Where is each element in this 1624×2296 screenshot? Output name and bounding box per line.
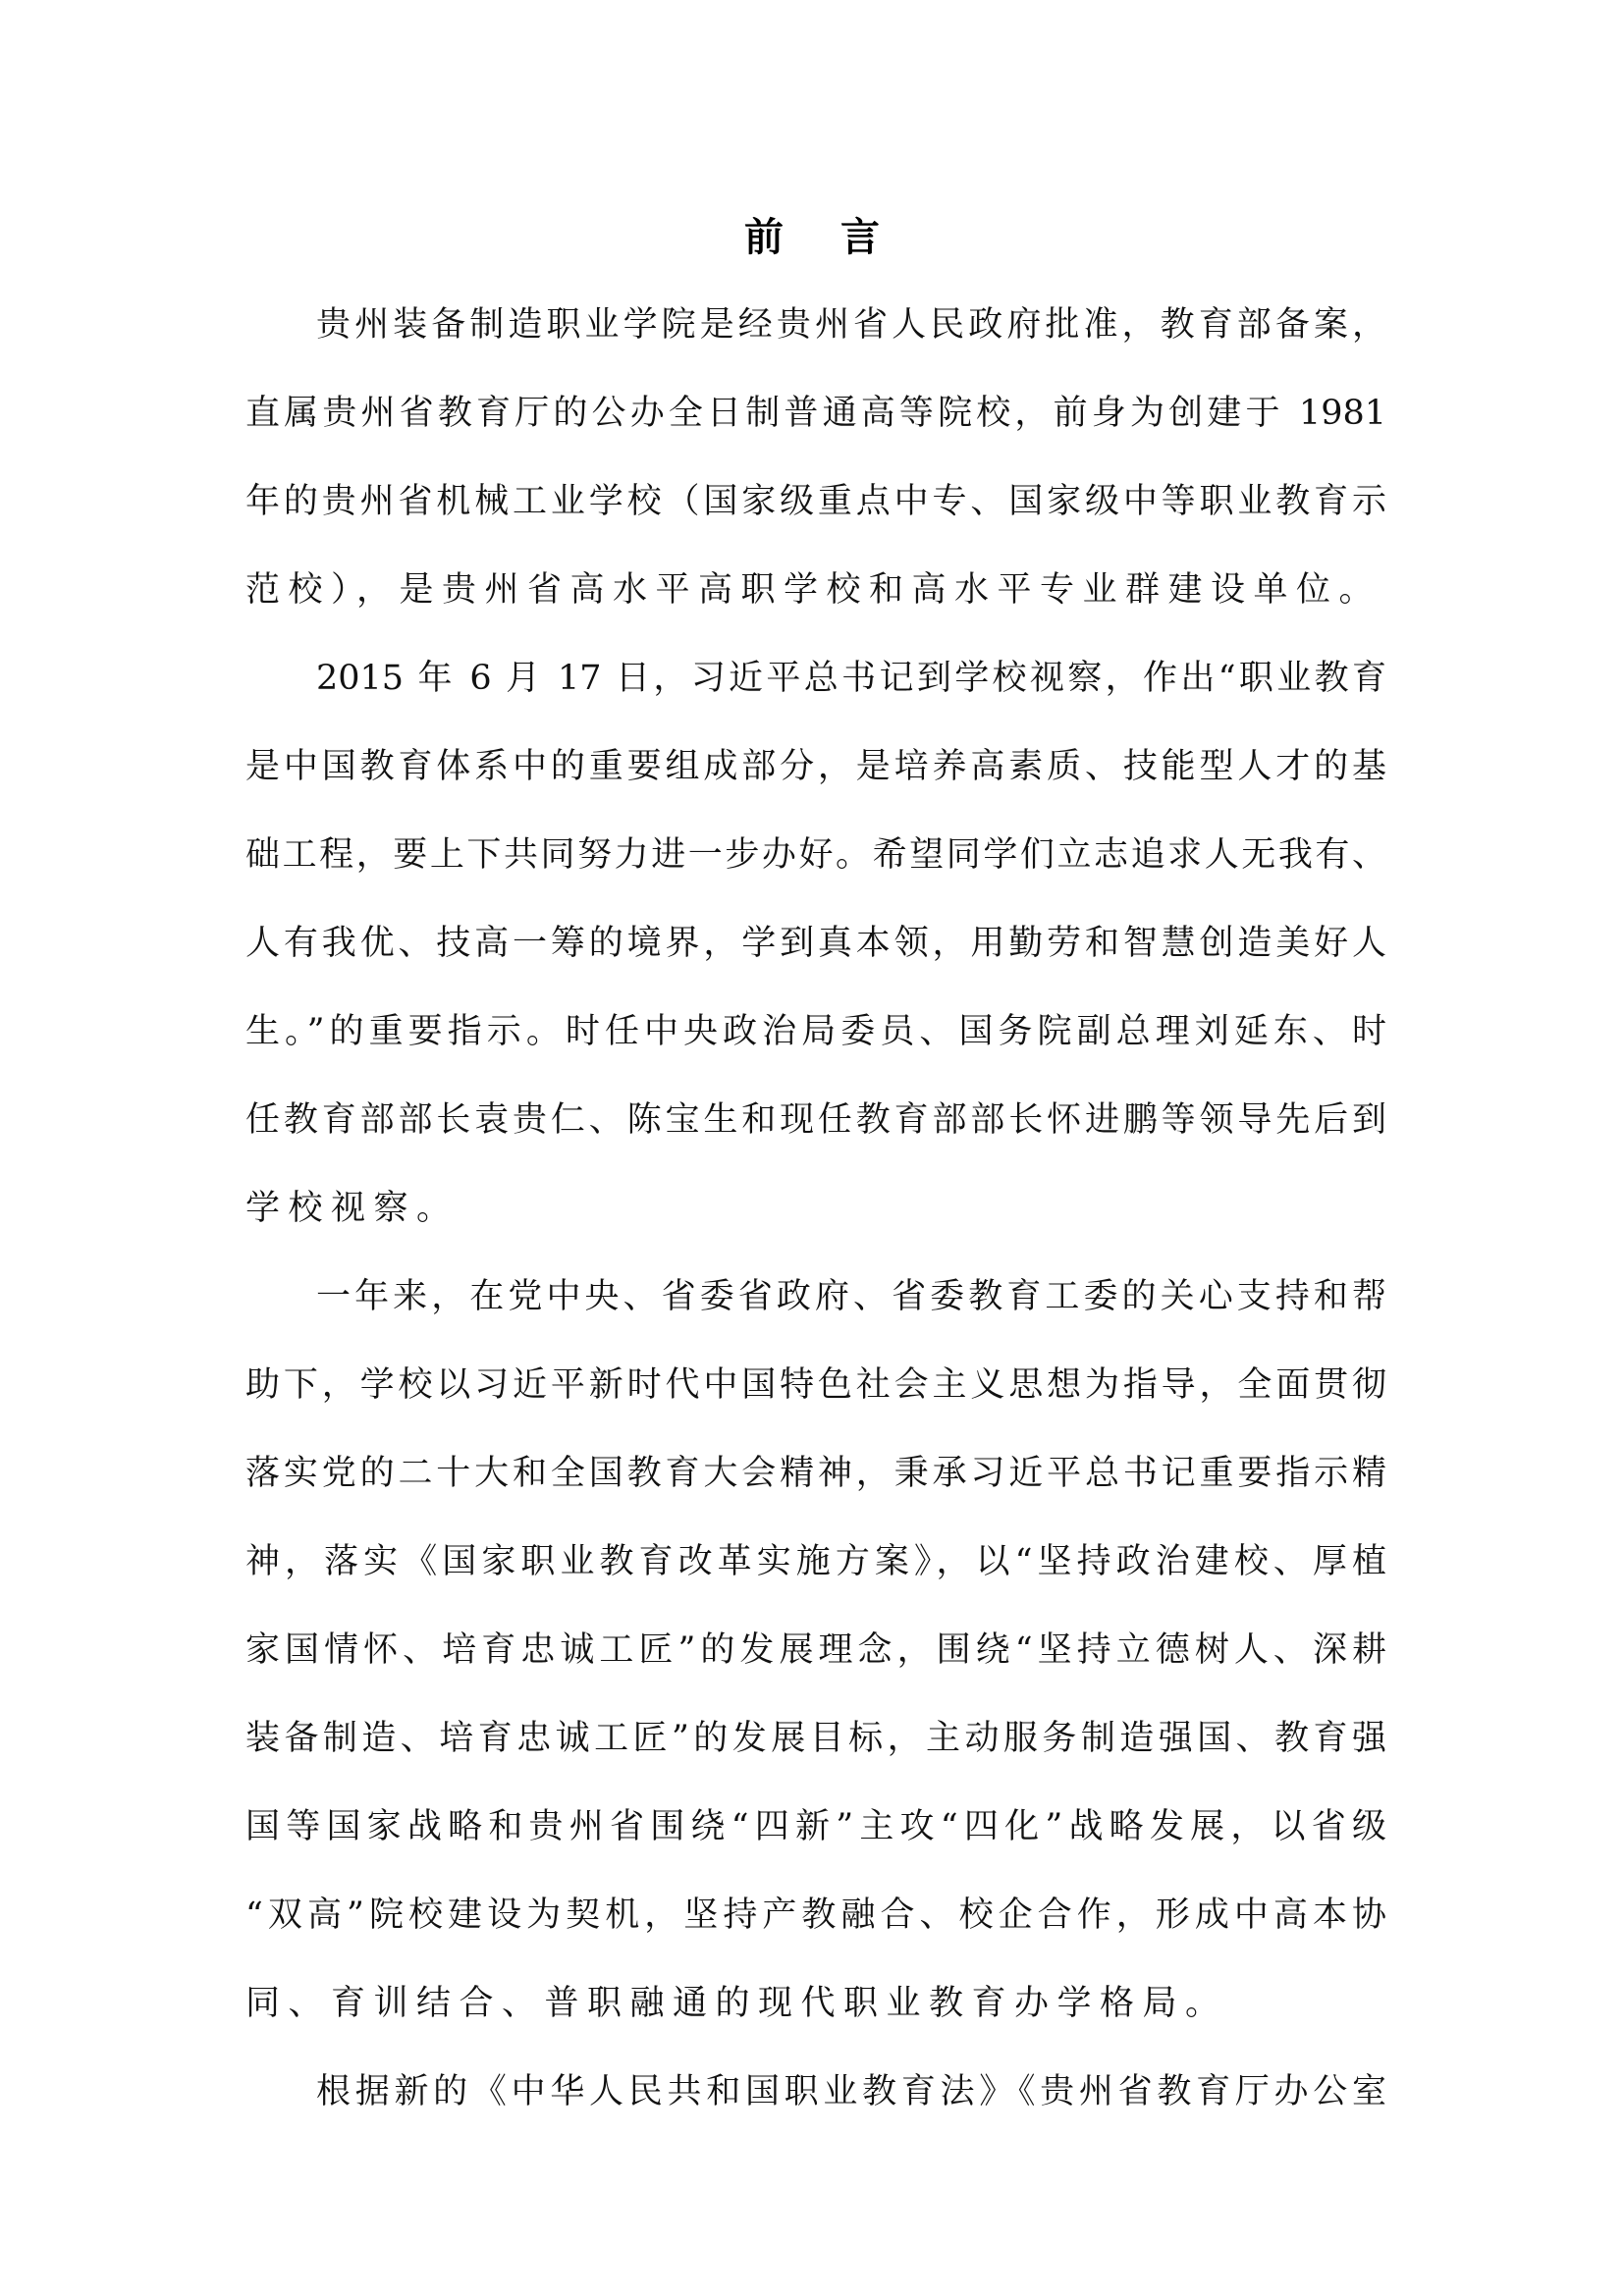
document-page: 前 言 贵州装备制造职业学院是经贵州省人民政府批准，教育部备案， 直属贵州省教育… (0, 0, 1624, 2296)
text-line: “双高”院校建设为契机，坚持产教融合、校企合作，形成中高本协 (245, 1881, 1386, 1969)
document-body: 贵州装备制造职业学院是经贵州省人民政府批准，教育部备案， 直属贵州省教育厅的公办… (245, 291, 1386, 2146)
text-line: 装备制造、培育忠诚工匠”的发展目标，主动服务制造强国、教育强 (245, 1704, 1386, 1792)
text-line: 础工程，要上下共同努力进一步办好。希望同学们立志追求人无我有、 (245, 821, 1386, 909)
text-line: 人有我优、技高一筹的境界，学到真本领，用勤劳和智慧创造美好人 (245, 909, 1386, 997)
text-line: 是中国教育体系中的重要组成部分，是培养高素质、技能型人才的基 (245, 732, 1386, 821)
paragraph-3: 一年来，在党中央、省委省政府、省委教育工委的关心支持和帮 助下，学校以习近平新时… (245, 1262, 1386, 2057)
text-line: 国等国家战略和贵州省围绕“四新”主攻“四化”战略发展，以省级 (245, 1792, 1386, 1881)
text-line: 任教育部部长袁贵仁、陈宝生和现任教育部部长怀进鹏等领导先后到 (245, 1086, 1386, 1174)
text-line: 生。”的重要指示。时任中央政治局委员、国务院副总理刘延东、时 (245, 997, 1386, 1086)
paragraph-4: 根据新的《中华人民共和国职业教育法》《贵州省教育厅办公室 (245, 2057, 1386, 2146)
text-line: 助下，学校以习近平新时代中国特色社会主义思想为指导，全面贯彻 (245, 1351, 1386, 1439)
page-title: 前 言 (0, 208, 1624, 267)
text-line: 根据新的《中华人民共和国职业教育法》《贵州省教育厅办公室 (245, 2057, 1386, 2146)
paragraph-1: 贵州装备制造职业学院是经贵州省人民政府批准，教育部备案， 直属贵州省教育厅的公办… (245, 291, 1386, 644)
text-line: 同、育训结合、普职融通的现代职业教育办学格局。 (245, 1969, 1386, 2057)
text-line: 神，落实《国家职业教育改革实施方案》，以“坚持政治建校、厚植 (245, 1527, 1386, 1616)
text-line: 年的贵州省机械工业学校（国家级重点中专、国家级中等职业教育示 (245, 467, 1386, 556)
text-line: 直属贵州省教育厅的公办全日制普通高等院校，前身为创建于 1981 (245, 379, 1386, 467)
paragraph-2: 2015 年 6 月 17 日，习近平总书记到学校视察，作出“职业教育 是中国教… (245, 644, 1386, 1262)
text-line: 家国情怀、培育忠诚工匠”的发展理念，围绕“坚持立德树人、深耕 (245, 1616, 1386, 1704)
text-line: 贵州装备制造职业学院是经贵州省人民政府批准，教育部备案， (245, 291, 1386, 379)
text-line: 学校视察。 (245, 1174, 1386, 1262)
text-line: 一年来，在党中央、省委省政府、省委教育工委的关心支持和帮 (245, 1262, 1386, 1351)
text-line: 2015 年 6 月 17 日，习近平总书记到学校视察，作出“职业教育 (245, 644, 1386, 732)
text-line: 落实党的二十大和全国教育大会精神，秉承习近平总书记重要指示精 (245, 1439, 1386, 1527)
text-line: 范校），是贵州省高水平高职学校和高水平专业群建设单位。 (245, 556, 1386, 644)
